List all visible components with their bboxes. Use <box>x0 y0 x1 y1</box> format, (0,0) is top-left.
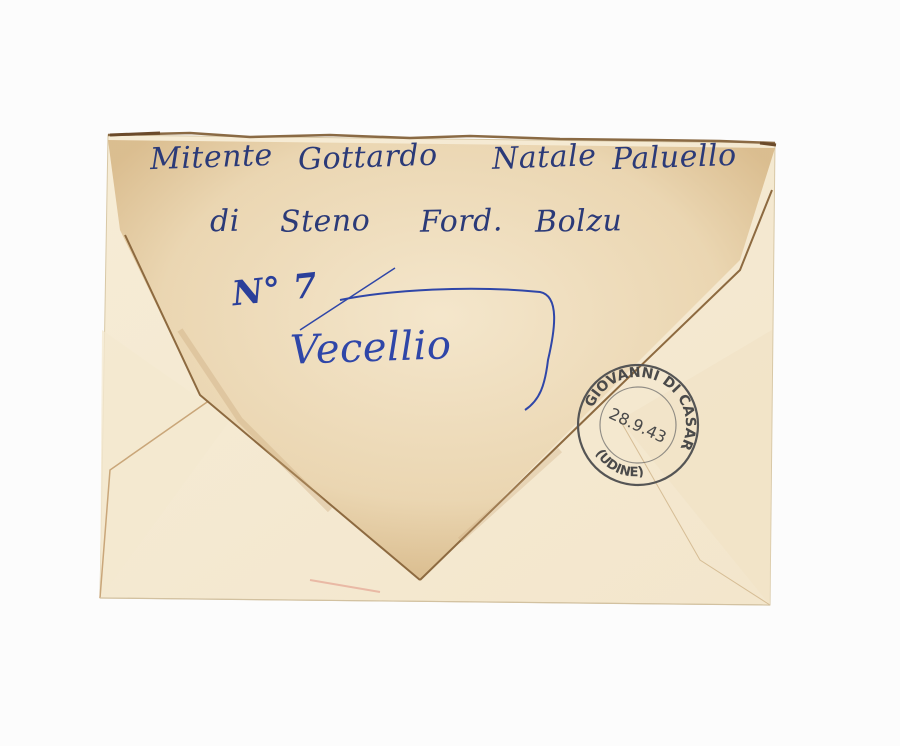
handwriting-word: Natale <box>491 138 597 177</box>
envelope-scene: S. GIOVANNI DI CASARSA (UDINE) 28.9.43 M… <box>0 0 900 746</box>
handwriting-word: Bolzu <box>535 203 623 240</box>
signature: Vecellio <box>289 322 452 374</box>
envelope-illustration: S. GIOVANNI DI CASARSA (UDINE) 28.9.43 <box>0 0 900 746</box>
handwriting-word: Paluello <box>611 138 737 177</box>
handwriting-word: Mitente <box>149 138 273 177</box>
handwriting-word: Ford. <box>420 203 503 239</box>
handwriting-word: Gottardo <box>297 138 438 178</box>
handwriting-word: di <box>210 204 240 240</box>
handwriting-word: Steno <box>280 203 371 240</box>
